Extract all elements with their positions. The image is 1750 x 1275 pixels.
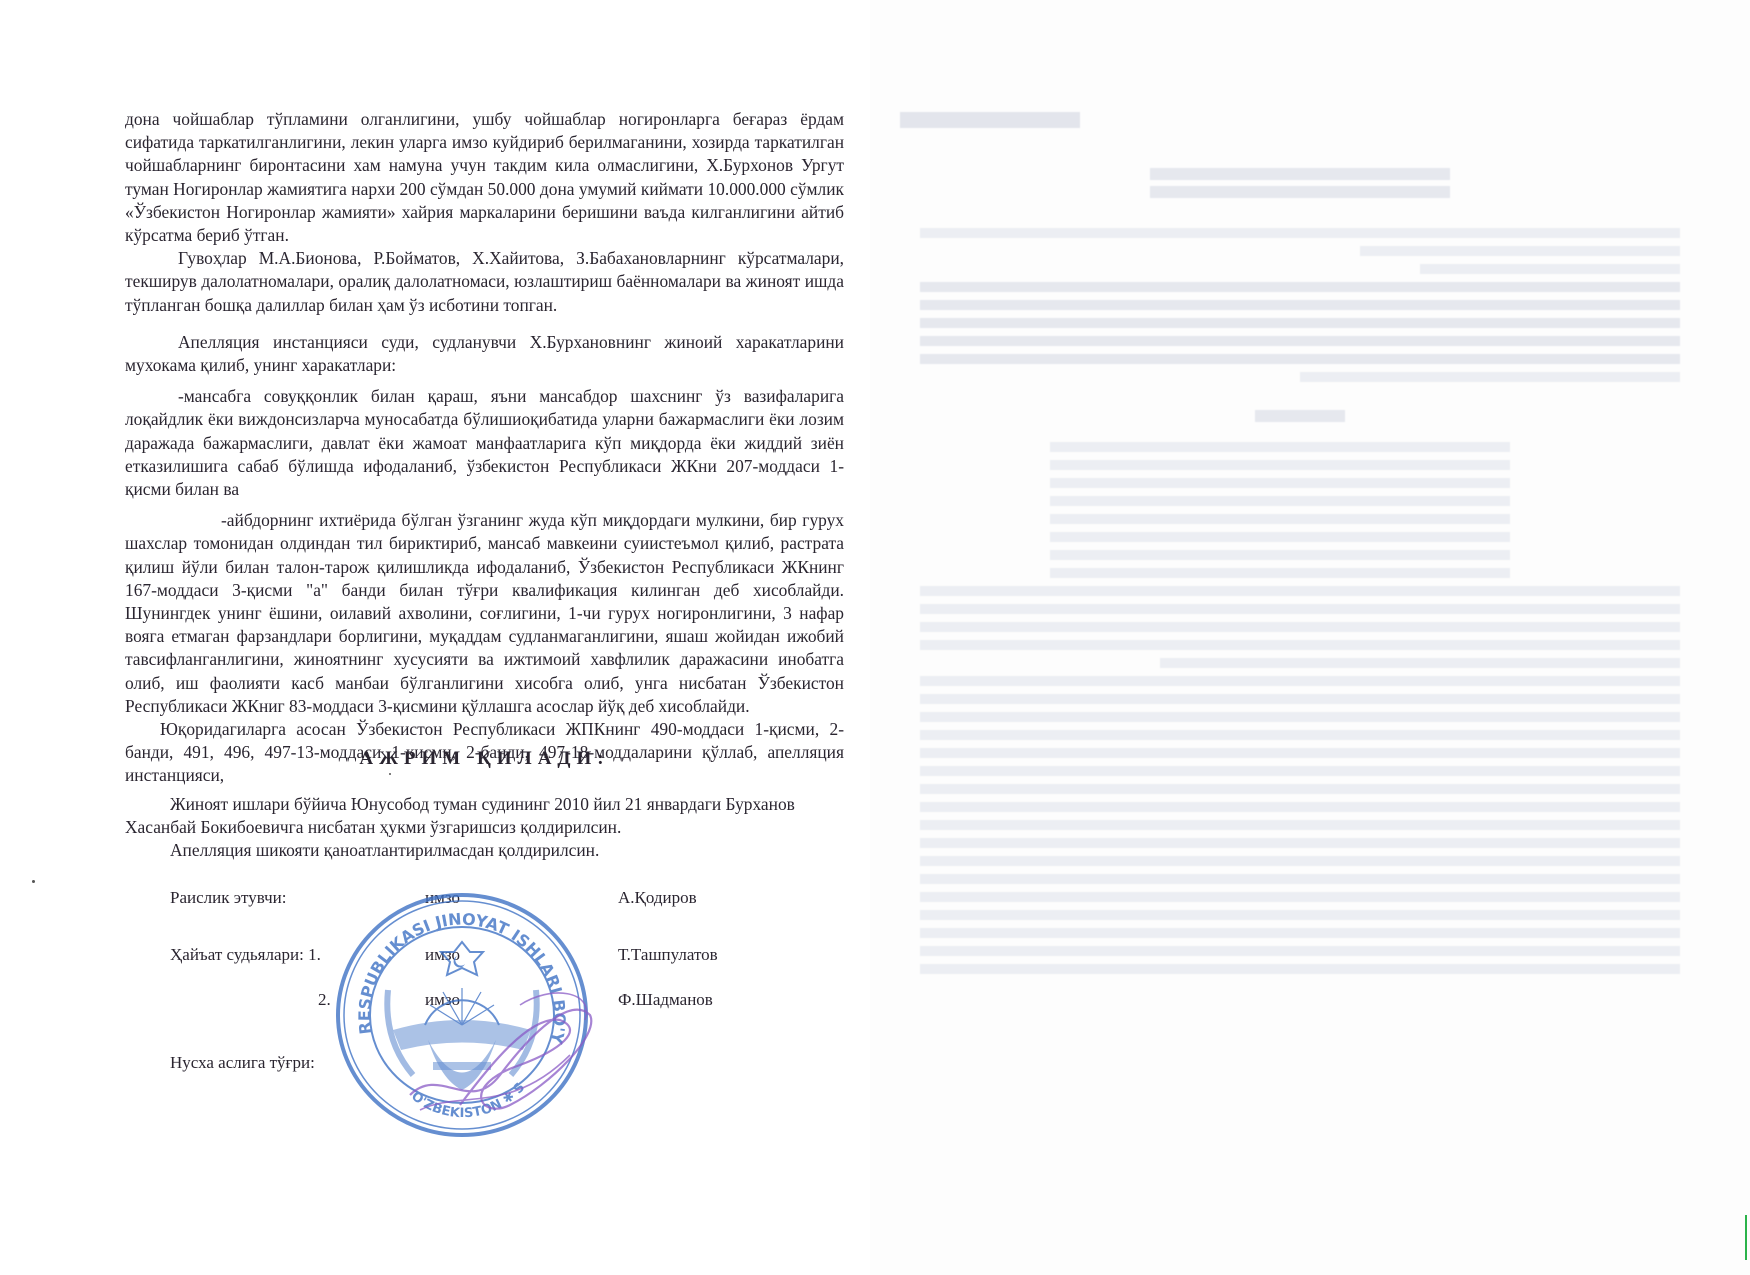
paragraph-charge-207: -мансабга совуққонлик билан қараш, яъни …	[125, 385, 844, 501]
signer-name: Т.Ташпулатов	[618, 945, 718, 965]
scan-speck	[32, 880, 35, 883]
signer-name: А.Қодиров	[618, 888, 697, 908]
scan-speck	[389, 773, 391, 775]
signature-number: 2.	[318, 990, 331, 1010]
left-page: дона чойшаблар тўпламини олганлигини, уш…	[0, 0, 870, 1275]
signature-label: Раислик этувчи:	[170, 888, 287, 908]
certified-copy-label: Нусха аслига тўғри:	[170, 1053, 315, 1073]
ruling-verdict: Жиноят ишлари бўйича Юнусобод туман суди…	[125, 793, 844, 839]
signature-scribble-icon	[400, 975, 600, 1125]
bleedthrough-text	[920, 112, 1680, 1012]
body-text: дона чойшаблар тўпламини олганлигини, уш…	[125, 108, 844, 788]
signer-name: Ф.Шадманов	[618, 990, 713, 1010]
scan-edge-mark	[1745, 1215, 1747, 1260]
right-page-bleedthrough	[870, 0, 1750, 1275]
ruling-heading: АЖРИМ ҚИЛАДИ:	[125, 748, 844, 770]
ruling-text: Жиноят ишлари бўйича Юнусобод туман суди…	[125, 793, 844, 863]
paragraph-appeal-court: Апелляция инстанцияси суди, судланувчи Х…	[125, 331, 844, 377]
signature-label: Ҳайъат судьялари: 1.	[170, 945, 321, 965]
paragraph-witnesses: Гувоҳлар М.А.Бионова, Р.Бойматов, Х.Хайи…	[125, 247, 844, 317]
paragraph-charge-167: -айбдорнинг ихтиёрида бўлган ўзганинг жу…	[125, 509, 844, 718]
ruling-appeal: Апелляция шикояти қаноатлантирилмасдан қ…	[125, 839, 844, 862]
paragraph-testimony: дона чойшаблар тўпламини олганлигини, уш…	[125, 108, 844, 247]
